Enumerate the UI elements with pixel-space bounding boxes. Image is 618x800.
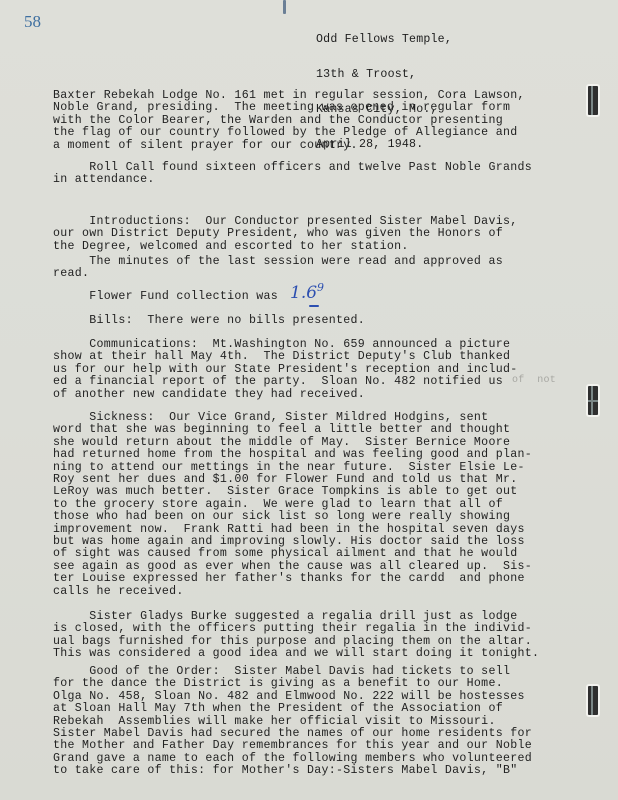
text-line: of sight was caused from some physical a… [53,547,517,560]
text-line: This was considered a good idea and we w… [53,647,539,660]
text-line: word that she was beginning to feel a li… [53,423,510,436]
text-line: improvement now. Frank Ratti had been in… [53,523,525,536]
bleed-through-text: of not [512,375,556,386]
text-line: Roll Call found sixteen officers and twe… [53,161,532,174]
text-line: in attendance. [53,173,155,186]
text-line: Noble Grand, presiding. The meeting was … [53,101,510,114]
handwritten-amount: 1.69 [290,283,324,303]
text-line: Olga No. 458, Sloan No. 482 and Elmwood … [53,690,525,703]
text-line: ning to attend our mettings in the near … [53,461,525,474]
text-line: Rebekah Assemblies will make her officia… [53,715,496,728]
binder-hole-icon [586,684,600,717]
text-line: LeRoy was much better. Sister Grace Tomp… [53,485,517,498]
text-line: Grand gave a name to each of the followi… [53,752,532,765]
text-line: the Degree, welcomed and escorted to her… [53,240,409,253]
text-line: the flag of our country followed by the … [53,126,517,139]
text-line: Roy sent her dues and $1.00 for Flower F… [53,473,517,486]
ink-mark [283,0,286,14]
text-line: calls he received. [53,585,184,598]
handwritten-underline [309,305,319,307]
text-line: see again as good as ever when the cause… [53,560,532,573]
text-line: to take care of this: for Mother's Day:-… [53,764,517,777]
text-line: of another new candidate they had receiv… [53,388,365,401]
text-line: Communications: Mt.Washington No. 659 an… [53,338,510,351]
text-line: but was home again and improving slowly.… [53,535,525,548]
text-line: for the dance the District is giving as … [53,677,503,690]
text-line: Sickness: Our Vice Grand, Sister Mildred… [53,411,488,424]
address-line: Odd Fellows Temple, [316,34,452,46]
text-line: ed a financial report of the party. Sloa… [53,375,503,388]
binder-hole-icon [586,84,600,117]
text-line: with the Color Bearer, the Warden and th… [53,114,503,127]
text-line: a moment of silent prayer for our countr… [53,139,358,152]
text-line: our own District Deputy President, who w… [53,227,503,240]
text-line: Good of the Order: Sister Mabel Davis ha… [53,665,510,678]
text-line: read. [53,267,89,280]
text-line: show at their hall May 4th. The District… [53,350,510,363]
document-page: 58 Odd Fellows Temple, 13th & Troost, Ka… [0,0,618,800]
handwritten-amount-cents: 9 [317,281,324,294]
text-line: to the grocery store again. We were glad… [53,498,503,511]
text-line: at Sloan Hall May 7th when the President… [53,702,503,715]
text-line: Baxter Rebekah Lodge No. 161 met in regu… [53,89,525,102]
text-line: is closed, with the officers putting the… [53,622,532,635]
text-line: The minutes of the last session were rea… [53,255,503,268]
text-line: Flower Fund collection was [53,290,278,303]
text-line: us for our help with our State President… [53,363,517,376]
text-line: ual bags furnished for this purpose and … [53,635,532,648]
text-line: ter Louise expressed her father's thanks… [53,572,525,585]
address-line: 13th & Troost, [316,69,452,81]
text-line: the Mother and Father Day remembrances f… [53,739,532,752]
text-line: had returned home from the hospital and … [53,448,532,461]
text-line: she would return about the middle of May… [53,436,510,449]
text-line: Sister Gladys Burke suggested a regalia … [53,610,517,623]
text-line: Bills: There were no bills presented. [53,314,365,327]
text-line: those who had been on our sick list so l… [53,510,510,523]
page-number: 58 [24,12,41,32]
binder-hole-icon [586,384,600,417]
handwritten-amount-main: 1.6 [290,283,317,303]
text-line: Sister Mabel Davis had secured the names… [53,727,532,740]
text-line: Introductions: Our Conductor presented S… [53,215,517,228]
